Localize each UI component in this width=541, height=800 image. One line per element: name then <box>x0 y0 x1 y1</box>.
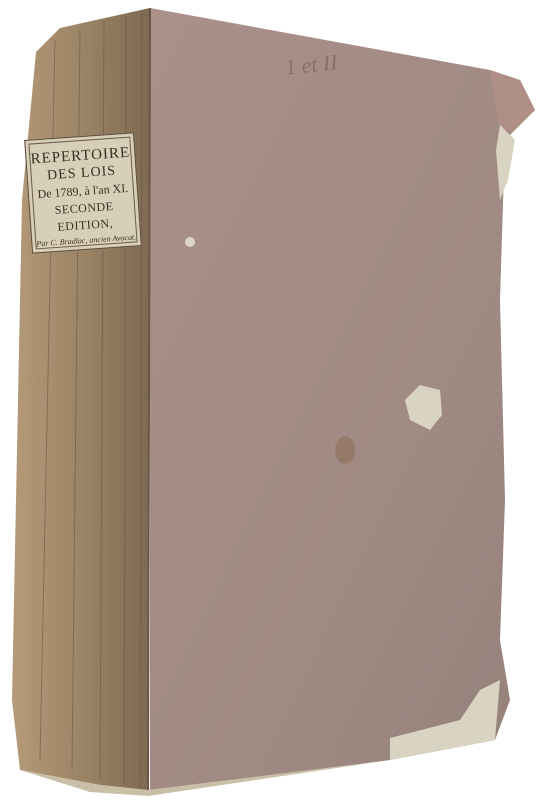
handwritten-volume-note: 1 et II <box>284 49 339 80</box>
book-photo: REPERTOIRE DES LOIS De 1789, à l'an XI. … <box>0 0 541 800</box>
book-spine <box>12 8 150 790</box>
book-front-cover <box>150 8 535 792</box>
book-illustration <box>0 0 541 800</box>
spine-title-label: REPERTOIRE DES LOIS De 1789, à l'an XI. … <box>24 132 142 253</box>
